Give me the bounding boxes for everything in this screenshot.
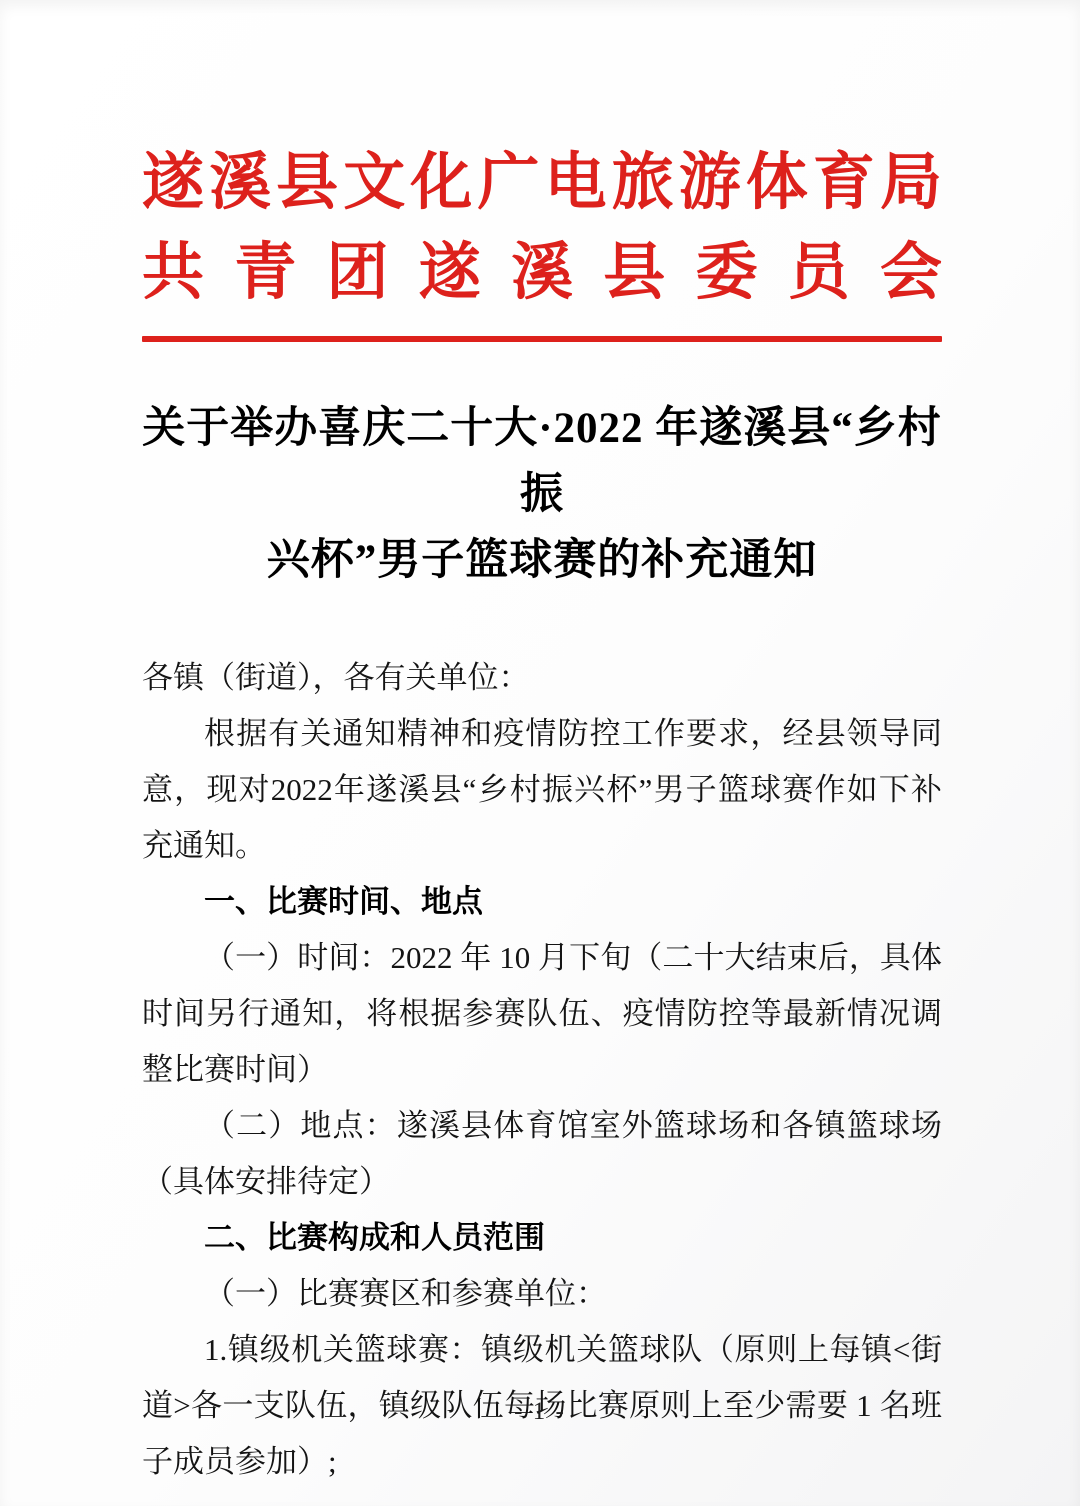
clause-venue: （二）地点：遂溪县体育馆室外篮球场和各镇篮球场（具体安排待定） — [142, 1098, 942, 1210]
clause-divisions: （一）比赛赛区和参赛单位： — [142, 1266, 942, 1322]
document-title-line2: 兴杯”男子篮球赛的补充通知 — [267, 537, 818, 584]
issuing-org-line1: 遂溪县文化广电旅游体育局 — [142, 148, 942, 220]
document-page: 遂溪县文化广电旅游体育局 共青团遂溪县委员会 关于举办喜庆二十大·2022 年遂… — [0, 0, 1080, 1506]
salutation: 各镇（街道），各有关单位： — [142, 650, 942, 706]
letterhead: 遂溪县文化广电旅游体育局 共青团遂溪县委员会 — [142, 148, 942, 342]
section-heading-composition: 二、比赛构成和人员范围 — [142, 1210, 942, 1266]
document-title-line1: 关于举办喜庆二十大·2022 年遂溪县“乡村振 — [142, 405, 942, 518]
document-title: 关于举办喜庆二十大·2022 年遂溪县“乡村振 兴杯”男子篮球赛的补充通知 — [142, 396, 942, 594]
clause-time: （一）时间：2022 年 10 月下旬（二十大结束后，具体时间另行通知，将根据参… — [142, 930, 942, 1098]
issuing-org-line2: 共青团遂溪县委员会 — [142, 238, 942, 310]
red-divider-rule — [142, 336, 942, 342]
document-body: 各镇（街道），各有关单位： 根据有关通知精神和疫情防控工作要求，经县领导同意，现… — [142, 650, 942, 1490]
section-heading-time-venue: 一、比赛时间、地点 — [142, 874, 942, 930]
page-number: - 1 - — [0, 1398, 1080, 1426]
paragraph-intro: 根据有关通知精神和疫情防控工作要求，经县领导同意，现对2022年遂溪县“乡村振兴… — [142, 706, 942, 874]
